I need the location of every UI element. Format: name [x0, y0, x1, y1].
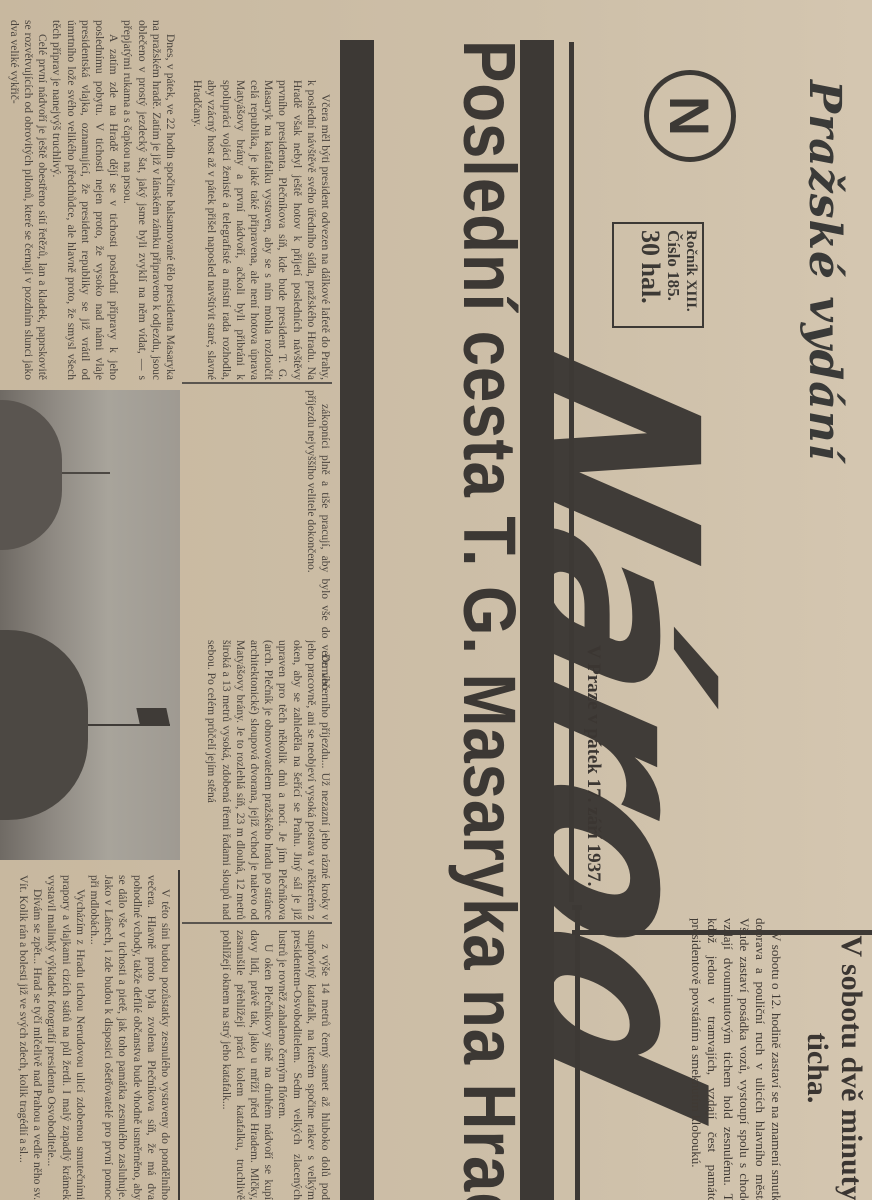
- article-paragraph: Do večerního příjezdu... Už nezazní jeho…: [204, 640, 332, 920]
- masthead-rule: [569, 42, 574, 902]
- sidebar-divider: [572, 905, 582, 910]
- column-divider: [182, 382, 332, 384]
- article-column-6: V této síni budou pozůstatky zesnulého v…: [0, 875, 172, 1200]
- article-paragraph: A zatím zde na Hradě dějí se v tichosti …: [49, 20, 120, 380]
- issue-number: Číslo 185.: [664, 230, 682, 320]
- dome-shape: [0, 400, 62, 550]
- price-label: 30 hal.: [637, 230, 664, 320]
- article-paragraph: Dívám se zpět... Hrad se tyčí mlčelivě n…: [16, 875, 44, 1200]
- article-column-3: Do večerního příjezdu... Už nezazní jeho…: [182, 640, 332, 920]
- issue-info-box: Ročník XIII. Číslo 185. 30 hal.: [612, 222, 704, 328]
- spire-shape: [86, 724, 170, 726]
- article-column-1: Včera měl býti president odvezen na dálk…: [182, 80, 332, 380]
- article-paragraph: Vycházím z Hradu tichou Nerudovou ulicí …: [44, 875, 87, 1200]
- main-headline: Poslední cesta T. G. Masaryka na Hrad: [447, 40, 532, 1038]
- lower-band-rule: [178, 870, 180, 1200]
- prague-castle-photo: [0, 390, 180, 860]
- article-column-5: Dnes, v pátek, ve 22 hodin spočine balsa…: [0, 20, 177, 380]
- article-paragraph: Dnes, v pátek, ve 22 hodin spočine balsa…: [120, 20, 177, 380]
- sidebar-headline: V sobotu dvě minuty ticha.: [800, 928, 868, 1200]
- column-divider: [182, 922, 332, 924]
- newspaper-page: Pražské vydání N Ročník XIII. Číslo 185.…: [0, 0, 872, 1200]
- logo-letter: N: [658, 96, 723, 136]
- volume-label: Ročník XIII.: [682, 230, 698, 320]
- article-paragraph: U oken Plečníkovy síně na druhém nádvoří…: [218, 930, 275, 1200]
- edition-label: Pražské vydání: [799, 80, 850, 461]
- masthead-rule-right: [575, 905, 580, 1200]
- spire-shape: [60, 472, 110, 474]
- article-paragraph: z výše 14 metrů černý samet až hluboko d…: [275, 930, 332, 1200]
- sidebar-body: V sobotu o 12. hodině zastaví se na znam…: [594, 918, 784, 1200]
- flag-icon: [136, 708, 169, 724]
- article-paragraph: Včera měl býti president odvezen na dálk…: [190, 80, 332, 380]
- article-paragraph: Celé první nádvoří je ještě obestřeno sí…: [7, 20, 50, 380]
- headline-rule-bottom: [340, 40, 374, 1200]
- dateline: V Praze v pátek 17. září 1937.: [582, 645, 604, 886]
- narod-logo-icon: N: [644, 70, 736, 162]
- dome-shape: [0, 630, 88, 820]
- article-column-4: z výše 14 metrů černý samet až hluboko d…: [182, 930, 332, 1200]
- article-paragraph: V této síni budou pozůstatky zesnulého v…: [87, 875, 172, 1200]
